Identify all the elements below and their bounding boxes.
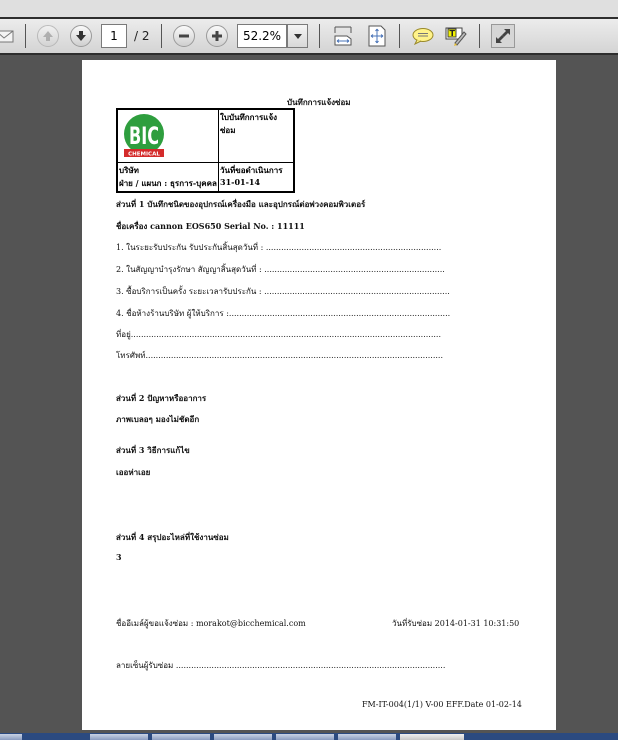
toolbar-separator [161,24,162,48]
taskbar [0,733,618,740]
zoom-out-button[interactable] [172,23,196,49]
email-icon [0,29,14,43]
header-table: BIC CHEMICAL ใบบันทึกการแจ้งซ่อม บริษัท … [116,108,295,193]
field-service: 3. ซื้อบริการเป็นครั้ง ระยะเวลารับประกัน… [116,285,450,298]
page-number-input[interactable]: 1 [101,24,127,48]
taskbar-item[interactable] [90,734,148,740]
fit-width-icon [334,26,352,46]
zoom-dropdown-button[interactable] [287,24,308,48]
fit-width-button[interactable] [332,23,354,49]
bic-chemical-logo: BIC CHEMICAL [119,111,215,161]
reporter-email: ชื่ออีเมล์ผู้ขอแจ้งซ่อม : morakot@bicche… [116,617,306,630]
zoom-out-icon [178,30,190,42]
pdf-page: บันทึกการแจ้งซ่อม BIC CHEMICAL ใบบันทึกก… [82,60,556,730]
logo-cell: BIC CHEMICAL [117,109,219,163]
zoom-in-icon [211,30,223,42]
previous-page-button[interactable] [36,23,60,49]
window-title-strip [0,0,618,19]
toolbar-separator [399,24,400,48]
toolbar-separator [319,24,320,48]
section3-title: ส่วนที่ 3 วิธีการแก้ไข [116,444,190,457]
svg-text:CHEMICAL: CHEMICAL [128,152,160,158]
highlight-text-button[interactable]: T [444,23,468,49]
page-total: / 2 [134,29,150,43]
email-button[interactable] [0,23,14,49]
field-provider: 4. ชื่อห้างร้านบริษัท ผู้ให้บริการ :....… [116,307,450,320]
taskbar-item[interactable] [152,734,210,740]
comment-icon [412,27,434,45]
section2-title: ส่วนที่ 2 ปัญหาหรืออาการ [116,392,206,405]
highlight-text-icon: T [445,26,467,46]
document-title: บันทึกการแจ้งซ่อม [287,96,351,109]
taskbar-item[interactable] [276,734,334,740]
svg-text:BIC: BIC [129,122,159,150]
section3-value: เออห่าเอย [116,466,150,479]
field-address: ที่อยู่.................................… [116,328,441,341]
zoom-in-button[interactable] [205,23,229,49]
toolbar-separator [479,24,480,48]
taskbar-item[interactable] [338,734,396,740]
comment-button[interactable] [411,23,435,49]
field-maintenance: 2. ในสัญญาบำรุงรักษา สัญญาสิ้นสุดวันที่ … [116,263,445,276]
machine-name: ชื่อเครื่อง cannon EOS650 Serial No. : 1… [116,220,305,233]
next-page-button[interactable] [69,23,93,49]
section1-title: ส่วนที่ 1 บันทึกชนิดของอุปกรณ์เครื่องมือ… [116,198,365,211]
taskbar-item[interactable] [0,734,22,740]
taskbar-item-active[interactable] [400,734,464,740]
signature-line: ลายเซ็นผู้รับซ่อม ......................… [116,659,445,672]
footer-code: FM-IT-004(1/1) V-00 EFF.Date 01-02-14 [362,700,522,709]
next-page-icon [75,30,87,42]
fullscreen-button[interactable] [491,23,515,49]
previous-page-icon [42,30,54,42]
fit-page-icon [368,25,386,47]
section4-title: ส่วนที่ 4 สรุปอะไหล่ที่ใช้งานซ่อม [116,531,229,544]
date-cell: วันที่ขอดำเนินการ 31-01-14 [219,163,295,193]
zoom-level-input[interactable]: 52.2% [237,24,287,48]
pdf-toolbar: 1 / 2 52.2% T [0,19,618,55]
field-warranty: 1. ในระยะรับประกัน รับประกันสิ้นสุดวันที… [116,241,441,254]
field-phone: โทรศัพท์................................… [116,349,443,362]
chevron-down-icon [294,34,302,39]
section4-value: 3 [116,552,122,562]
form-name-cell: ใบบันทึกการแจ้งซ่อม [219,109,295,163]
department-cell: บริษัท ฝ่าย / แผนก : ธุรการ-บุคคล [117,163,219,193]
fit-page-button[interactable] [366,23,388,49]
section2-value: ภาพเบลอๆ มองไม่ชัดอีก [116,413,199,426]
svg-text:T: T [450,29,456,38]
taskbar-item[interactable] [214,734,272,740]
received-date: วันที่รับซ่อม 2014-01-31 10:31:50 [392,617,519,630]
fullscreen-icon [491,24,515,48]
toolbar-separator [25,24,26,48]
